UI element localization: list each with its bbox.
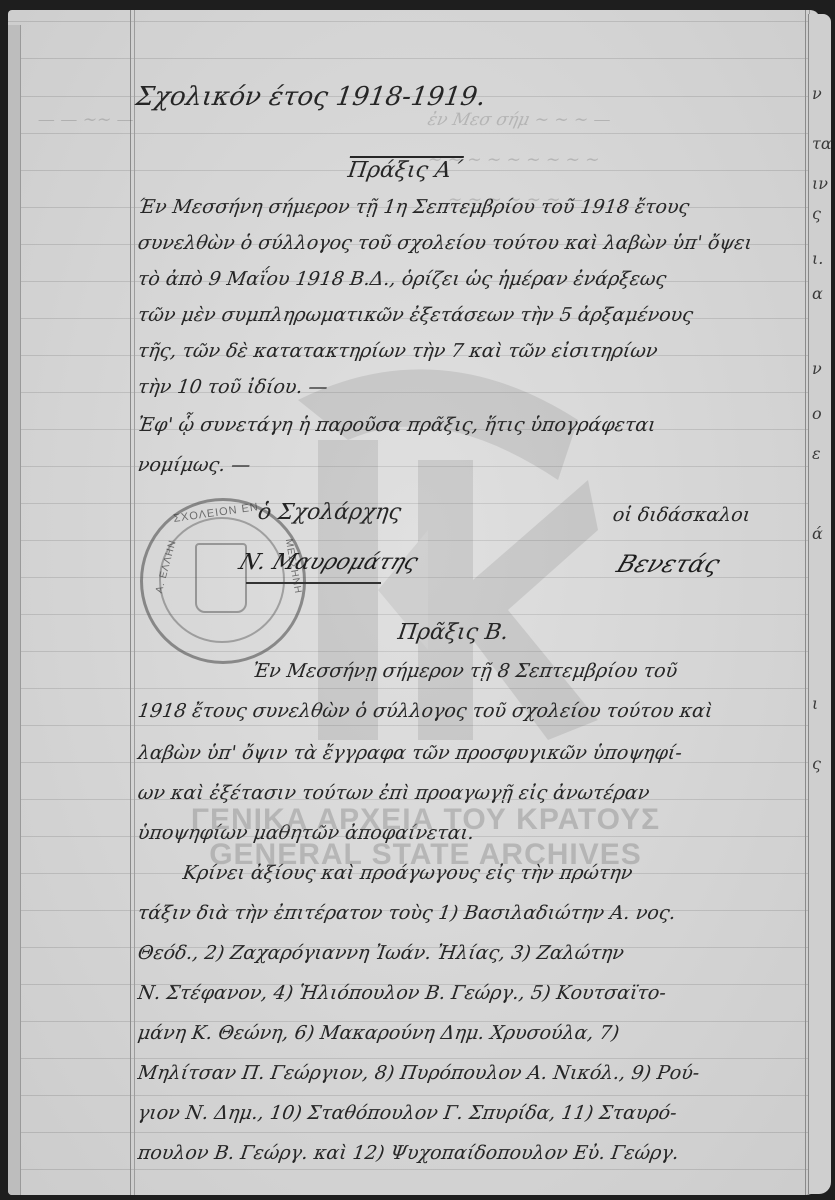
signature-teacher: Βενετάς <box>613 550 724 578</box>
text-line: τὴν 10 τοῦ ἰδίου. — <box>136 376 329 398</box>
left-margin-rule <box>130 10 135 1195</box>
text-line: λαβὼν ὑπ' ὄψιν τὰ ἔγγραφα τῶν προσφυγικῶ… <box>136 742 683 764</box>
margin-mark: τα <box>812 134 832 153</box>
document-title: Σχολικόν έτος 1918-1919. <box>134 82 488 112</box>
section-heading-a: Πράξις Α΄ <box>346 158 463 183</box>
margin-mark: ς <box>812 754 821 773</box>
stamp-emblem-icon <box>195 543 247 613</box>
margin-mark: ν <box>812 359 822 378</box>
text-line: μάνη Κ. Θεώνη, 6) Μακαρούνη Δημ. Χρυσούλ… <box>136 1022 620 1044</box>
signatory-title-teachers: οἱ διδάσκαλοι <box>611 504 751 526</box>
adjacent-page-edge: ν τα ιν ς ι. α ν ο ε ά ι ς <box>808 14 831 1194</box>
margin-mark: α <box>812 284 823 303</box>
signatory-title-headmaster: ὁ Σχολάρχης <box>256 500 402 525</box>
margin-mark: ν <box>812 84 822 103</box>
signature-underline <box>246 582 381 584</box>
text-line: νομίμως. — <box>136 454 251 476</box>
document-page: — — ~~ — ἐν Μεσ σήμ ~ ~ ~ — ~ ~ ~ ~ ~ ~ … <box>8 10 820 1195</box>
margin-mark: ε <box>812 444 821 463</box>
text-line: τῆς, τῶν δὲ κατατακτηρίων τὴν 7 καὶ τῶν … <box>136 340 659 362</box>
binding-edge <box>8 25 21 1195</box>
text-line: πουλον Β. Γεώργ. καὶ 12) Ψυχοπαίδοπουλον… <box>136 1142 680 1164</box>
text-line: τὸ ἀπὸ 9 Μαΐου 1918 Β.Δ., ὁρίζει ὡς ἡμέρ… <box>136 268 667 290</box>
margin-mark: ιν <box>812 174 828 193</box>
text-line: ων καὶ ἐξέτασιν τούτων ἐπὶ προαγωγῇ εἰς … <box>136 782 650 804</box>
signature-headmaster: Ν. Μαυρομάτης <box>235 550 421 575</box>
text-line: 1918 ἔτους συνελθὼν ὁ σύλλογος τοῦ σχολε… <box>136 700 714 722</box>
margin-mark: ι <box>812 694 818 713</box>
text-line: Ἐν Μεσσήνῃ σήμερον τῇ 8 Σεπτεμβρίου τοῦ <box>251 660 678 682</box>
text-line: τῶν μὲν συμπληρωματικῶν ἐξετάσεων τὴν 5 … <box>136 304 694 326</box>
text-line: Έν Μεσσήνη σήμερον τῇ 1η Σεπτεμβρίου τοῦ… <box>136 196 690 218</box>
section-heading-b: Πρᾶξις Β. <box>396 620 510 645</box>
text-line: Μηλίτσαν Π. Γεώργιον, 8) Πυρόπουλον Α. Ν… <box>136 1062 700 1084</box>
margin-mark: ά <box>812 524 823 543</box>
bleed-through-text: ἐν Μεσ σήμ ~ ~ ~ — <box>426 110 613 130</box>
bleed-through-text: — — ~~ — <box>36 110 136 130</box>
text-line: Θεόδ., 2) Ζαχαρόγιαννη Ἰωάν. Ἠλίας, 3) Ζ… <box>136 942 625 964</box>
margin-mark: ο <box>812 404 822 423</box>
text-line: Ν. Στέφανον, 4) Ἡλιόπουλον Β. Γεώργ., 5)… <box>136 982 667 1004</box>
archive-watermark-english: GENERAL STATE ARCHIVES <box>8 838 820 872</box>
margin-mark: ι. <box>812 249 823 268</box>
text-line: συνελθὼν ὁ σύλλογος τοῦ σχολείου τούτου … <box>136 232 753 254</box>
text-line: τάξιν διὰ τὴν ἐπιτέρατον τοὺς 1) Βασιλαδ… <box>136 902 677 924</box>
archive-watermark-greek: ΓΕΝΙΚΑ ΑΡΧΕΙΑ ΤΟΥ ΚΡΑΤΟΥΣ <box>8 803 820 837</box>
margin-mark: ς <box>812 204 821 223</box>
text-line: Ἐφ' ᾧ συνετάγη ἡ παροῦσα πρᾶξις, ἥτις ὑπ… <box>136 414 657 436</box>
text-line: γιον Ν. Δημ., 10) Σταθόπουλον Γ. Σπυρίδα… <box>136 1102 678 1124</box>
